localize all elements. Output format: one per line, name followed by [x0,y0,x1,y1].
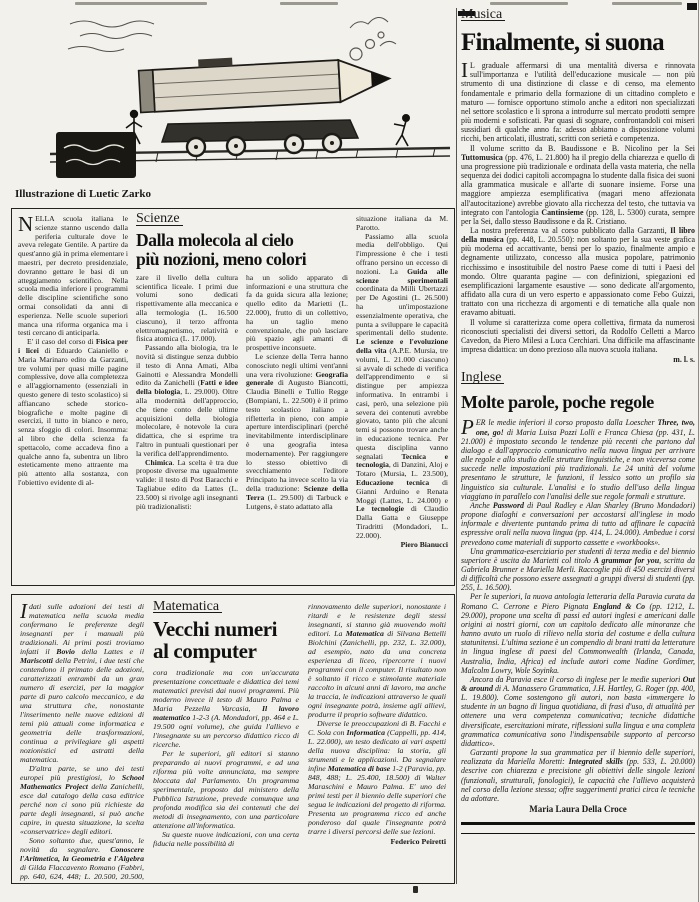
scienze-headline: Dalla molecola al cielo più nozioni, men… [136,231,348,269]
inglese-headline: Molte parole, poche regole [461,392,695,413]
print-registration-mark [687,3,697,10]
page-header-fragment [490,2,568,5]
musica-article: Musica Finalmente, si suona IL graduale … [461,10,695,364]
paragraph: zare il livello della cultura scientific… [136,274,238,344]
matematica-headline: Vecchi numeri al computer [153,618,299,662]
paragraph: ha un solido apparato di informazioni e … [246,274,348,353]
paragraph: Passando alla biologia, tra le novità si… [136,344,238,458]
paragraph: Il volume scritto da B. Baudissone e B. … [461,144,695,226]
scienze-middle-block: Scienze Dalla molecola al cielo più nozi… [136,215,348,579]
paragraph: Anche Password di Paul Radley e Alan Sha… [461,501,695,547]
musica-body: IL graduale affermarsi di una mentalità … [461,61,695,354]
paragraph: Chimica. La scelta è tra due proposte di… [136,459,238,512]
matematica-kicker: Matematica [153,602,222,613]
inglese-signature: Maria Laura Della Croce [461,805,695,814]
section-end-rule [461,822,695,834]
scienze-kicker: Scienze [136,215,183,226]
column-divider-rule [456,8,457,884]
scienze-signature: Piero Bianucci [356,541,448,550]
paragraph: E' il caso del corso di Fisica per i lic… [18,338,128,488]
paragraph: Diverse le preoccupazioni di B. Facchi e… [308,719,446,836]
matematica-last-column: rinnovamento delle superiori, nonostante… [308,602,446,876]
paragraph: NELLA scuola italiana le scienze stanno … [18,215,128,338]
pencil-rocket-illustration [50,2,450,184]
inglese-body: PER le medie inferiori il corso proposto… [461,418,695,803]
paragraph: Le scienze della Terra hanno conosciuto … [246,353,348,511]
paragraph: IL graduale affermarsi di una mentalità … [461,61,695,143]
paragraph: rinnovamento delle superiori, nonostante… [308,602,446,719]
musica-headline: Finalmente, si suona [461,29,695,56]
paragraph: Passiamo alla scuola media dell'obbligo.… [356,233,448,541]
scienze-column-4: situazione italiana da M. Parotto.Passia… [356,215,448,579]
paragraph: D'altra parte, se uno dei testi europei … [20,764,144,836]
paragraph: Sono soltanto due, quest'anno, le novità… [20,836,144,884]
paragraph: Idati sulle adozioni dei testi di matema… [20,602,144,764]
page-edge-rule [698,0,699,902]
pencil-lead [371,70,390,87]
matematica-middle-column: Matematica Vecchi numeri al computer cor… [153,602,299,876]
page-number-mark [413,886,418,893]
sky-scribbles [68,17,396,51]
inglese-kicker: Inglese [461,373,504,384]
scienze-intro-column: NELLA scuola italiana le scienze stanno … [18,215,128,579]
illustration-caption: Illustrazione di Luetic Zarko [15,188,151,200]
matematica-intro-column: Idati sulle adozioni dei testi di matema… [20,602,144,876]
paragraph: Ancora da Paravia esce il corso di ingle… [461,675,695,748]
paragraph: Il volume si caratterizza come opera col… [461,318,695,355]
paragraph: La nostra preferenza va al corso pubblic… [461,226,695,318]
page-header-fragment [612,2,682,5]
right-column: Musica Finalmente, si suona IL graduale … [461,10,695,834]
paragraph: Su queste nuove indicazioni, con una cer… [153,830,299,848]
paragraph: situazione italiana da M. Parotto. [356,215,448,233]
drop-cap: P [461,418,476,436]
smoke-puffs [350,32,384,60]
scienze-column-2: zare il livello della cultura scientific… [136,274,238,579]
musica-signature: m. l. s. [461,355,695,364]
drop-cap: I [461,61,470,79]
musica-kicker: Musica [461,10,505,21]
matematica-article: Idati sulle adozioni dei testi di matema… [11,594,455,884]
paragraph: PER le medie inferiori il corso proposto… [461,418,695,500]
drop-cap: I [20,602,29,620]
newspaper-page: Illustrazione di Luetic Zarko NELLA scuo… [0,0,700,902]
scienze-column-3: ha un solido apparato di informazioni e … [246,274,348,579]
paragraph: cora tradizionale ma con un'accurata pre… [153,668,299,749]
paragraph: Per le superiori, gli editori si stanno … [153,749,299,830]
inglese-article: Inglese Molte parole, poche regole PER l… [461,373,695,814]
drop-cap: N [18,215,35,233]
matematica-signature: Federico Peiretti [308,837,446,846]
paragraph: Per le superiori, la nuova antologia let… [461,592,695,674]
artist-signature-patch [56,132,136,178]
paragraph: Una grammatica-eserciziario per studenti… [461,547,695,593]
pencil-eraser [139,70,155,113]
scienze-article: NELLA scuola italiana le scienze stanno … [11,208,455,586]
paragraph: Garzanti propone la sua grammatica per i… [461,748,695,803]
